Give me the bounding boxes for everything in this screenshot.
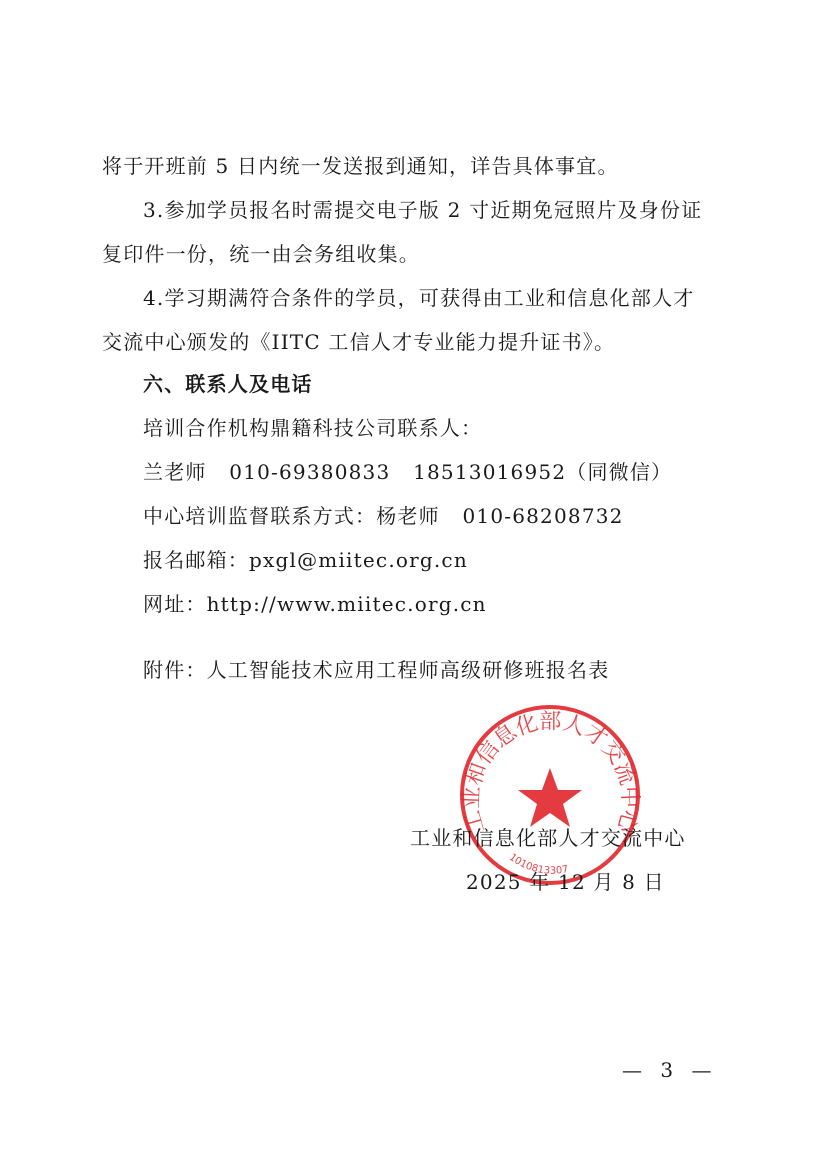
email-link[interactable]: 报名邮箱：pxgl@miitec.org.cn [143, 544, 468, 573]
official-seal-icon: 工业和信息化部人才交流中心 1010813307 [455, 700, 645, 890]
website-link[interactable]: 网址：http://www.miitec.org.cn [143, 588, 487, 617]
paragraph-line: 4.学习期满符合条件的学员，可获得由工业和信息化部人才 [143, 282, 694, 311]
contact-line: 中心培训监督联系方式：杨老师 010-68208732 [143, 500, 624, 529]
signature-organization: 工业和信息化部人才交流中心 [410, 822, 686, 851]
paragraph-line: 3.参加学员报名时需提交电子版 2 寸近期免冠照片及身份证 [143, 194, 702, 223]
page-number: — 3 — [622, 1058, 717, 1082]
paragraph-line: 复印件一份，统一由会务组收集。 [102, 238, 420, 267]
attachment-line: 附件：人工智能技术应用工程师高级研修班报名表 [143, 654, 609, 683]
contact-line: 兰老师 010-69380833 18513016952（同微信） [143, 456, 672, 485]
signature-date: 2025 年 12 月 8 日 [466, 866, 665, 895]
section-heading: 六、联系人及电话 [143, 368, 313, 397]
paragraph-line: 将于开班前 5 日内统一发送报到通知，详告具体事宜。 [102, 150, 619, 179]
contact-line: 培训合作机构鼎籍科技公司联系人： [143, 412, 482, 441]
paragraph-line: 交流中心颁发的《IITC 工信人才专业能力提升证书》。 [102, 326, 615, 355]
